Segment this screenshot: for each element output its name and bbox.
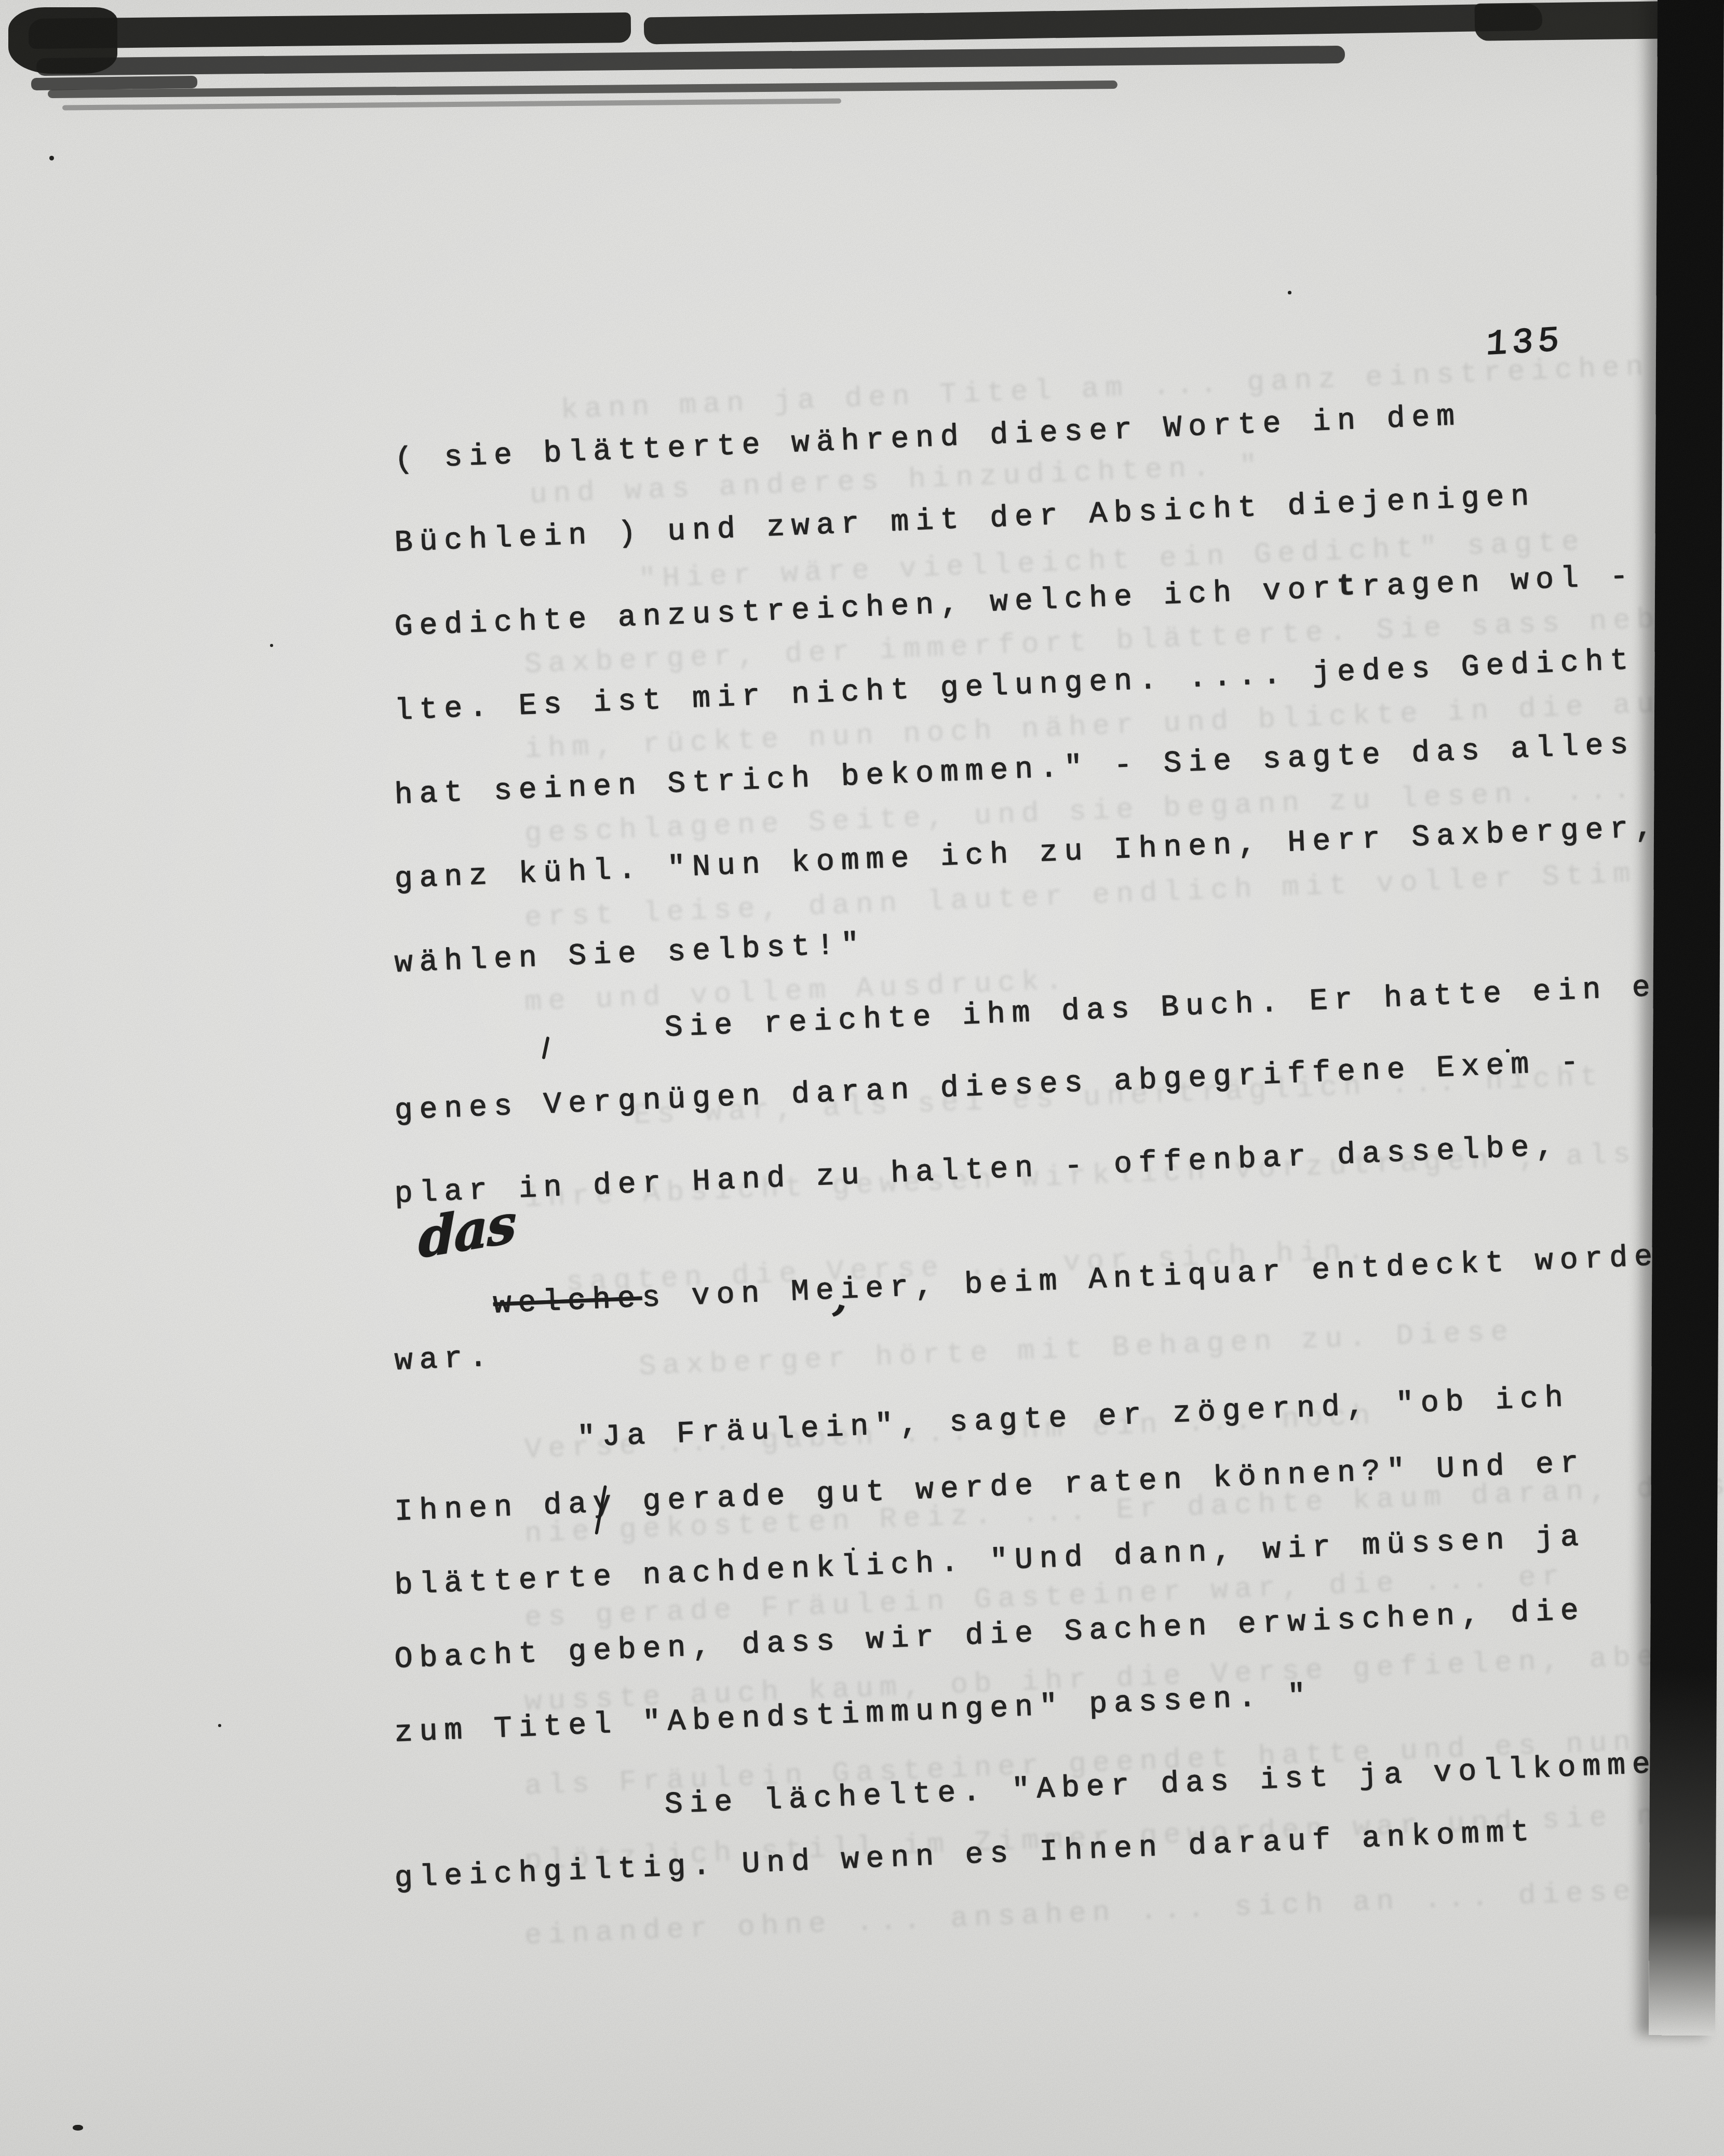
scan-artifact-page-stack-edge [644, 3, 1543, 44]
corrected-letter: y [592, 1488, 618, 1519]
scan-artifact-corner-blob [8, 7, 117, 74]
scan-edge-right-band [1649, 0, 1724, 2036]
page-number: 135 [1485, 321, 1565, 366]
stray-pen-mark [542, 1036, 549, 1059]
scan-artifact-page-stack-edge [48, 80, 1117, 98]
typed-line: war. [394, 1343, 494, 1377]
handwritten-correction-word: das [419, 1196, 516, 1266]
typed-fragment: beim Antiquar entdeckt worden [939, 1239, 1685, 1303]
paper-speck [1288, 291, 1291, 294]
scan-artifact-page-stack-edge [31, 76, 197, 90]
typed-fragment: s von Meier, [641, 1270, 940, 1315]
scan-artifact-page-stack-edge [36, 46, 1345, 76]
struck-out-word: welche [493, 1282, 643, 1322]
paper-speck [852, 1547, 855, 1551]
paper-speck [1506, 1049, 1510, 1053]
typed-line: wählen Sie selbst!" [394, 930, 867, 979]
paper-speck [270, 644, 273, 647]
typed-fragment: ragen wol - [1362, 560, 1636, 605]
scan-artifact-page-stack-edge [62, 98, 841, 110]
paper-speck [218, 1724, 221, 1727]
paper-speck [73, 2125, 83, 2131]
paper-speck [49, 156, 54, 160]
scan-artifact-page-stack-edge [29, 12, 631, 49]
scanned-manuscript-page: kann man ja den Titel am ... ganz einstr… [0, 0, 1724, 2156]
bleed-through-line: einander ohne ... ansahen ... sich an ..… [524, 1877, 1637, 1950]
handwritten-inserted-letter: t [1337, 570, 1363, 604]
